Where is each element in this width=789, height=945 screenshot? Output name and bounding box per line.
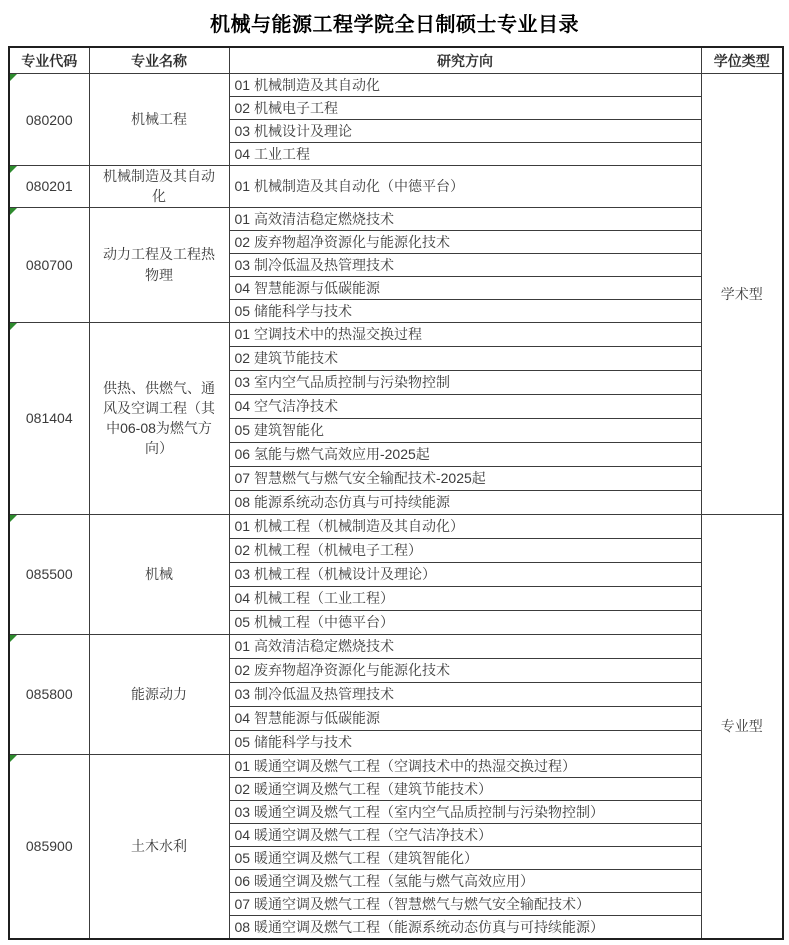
research-direction-cell: 02 机械电子工程 — [229, 97, 701, 120]
table-body: 080200机械工程01 机械制造及其自动化学术型02 机械电子工程03 机械设… — [9, 74, 783, 939]
major-name-cell: 能源动力 — [89, 634, 229, 754]
research-direction-cell: 01 机械工程（机械制造及其自动化） — [229, 514, 701, 538]
cell-error-triangle-icon — [10, 635, 17, 642]
research-direction-cell: 02 建筑节能技术 — [229, 346, 701, 370]
research-direction-cell: 03 制冷低温及热管理技术 — [229, 682, 701, 706]
research-direction-cell: 08 能源系统动态仿真与可持续能源 — [229, 490, 701, 514]
research-direction-cell: 04 暖通空调及燃气工程（空气洁净技术） — [229, 823, 701, 846]
research-direction-cell: 08 暖通空调及燃气工程（能源系统动态仿真与可持续能源） — [229, 915, 701, 939]
table-row: 080200机械工程01 机械制造及其自动化学术型 — [9, 74, 783, 97]
header-degree-type: 学位类型 — [701, 47, 783, 74]
cell-error-triangle-icon — [10, 755, 17, 762]
program-catalog-table: 专业代码 专业名称 研究方向 学位类型 080200机械工程01 机械制造及其自… — [8, 46, 784, 940]
research-direction-cell: 03 机械工程（机械设计及理论） — [229, 562, 701, 586]
major-name-cell: 动力工程及工程热物理 — [89, 207, 229, 322]
header-research-direction: 研究方向 — [229, 47, 701, 74]
major-code-cell: 085900 — [9, 754, 89, 939]
research-direction-cell: 07 智慧燃气与燃气安全输配技术-2025起 — [229, 466, 701, 490]
major-code-cell: 080200 — [9, 74, 89, 166]
table-row: 085900土木水利01 暖通空调及燃气工程（空调技术中的热湿交换过程） — [9, 754, 783, 777]
research-direction-cell: 03 室内空气品质控制与污染物控制 — [229, 370, 701, 394]
header-major-code: 专业代码 — [9, 47, 89, 74]
major-code: 085500 — [26, 566, 73, 582]
research-direction-cell: 01 高效清洁稳定燃烧技术 — [229, 207, 701, 230]
research-direction-cell: 07 暖通空调及燃气工程（智慧燃气与燃气安全输配技术） — [229, 892, 701, 915]
degree-type-cell: 学术型 — [701, 74, 783, 515]
major-code-cell: 080700 — [9, 207, 89, 322]
cell-error-triangle-icon — [10, 166, 17, 173]
cell-error-triangle-icon — [10, 208, 17, 215]
major-name-cell: 机械制造及其自动化 — [89, 166, 229, 208]
research-direction-cell: 01 空调技术中的热湿交换过程 — [229, 322, 701, 346]
research-direction-cell: 04 空气洁净技术 — [229, 394, 701, 418]
table-row: 085800能源动力01 高效清洁稳定燃烧技术 — [9, 634, 783, 658]
major-code: 085900 — [26, 838, 73, 854]
table-row: 080700动力工程及工程热物理01 高效清洁稳定燃烧技术 — [9, 207, 783, 230]
research-direction-cell: 02 机械工程（机械电子工程） — [229, 538, 701, 562]
research-direction-cell: 01 暖通空调及燃气工程（空调技术中的热湿交换过程） — [229, 754, 701, 777]
research-direction-cell: 05 建筑智能化 — [229, 418, 701, 442]
research-direction-cell: 05 机械工程（中德平台） — [229, 610, 701, 634]
research-direction-cell: 05 储能科学与技术 — [229, 730, 701, 754]
major-code: 081404 — [26, 410, 73, 426]
research-direction-cell: 02 废弃物超净资源化与能源化技术 — [229, 230, 701, 253]
major-code: 085800 — [26, 686, 73, 702]
research-direction-cell: 03 制冷低温及热管理技术 — [229, 253, 701, 276]
research-direction-cell: 03 机械设计及理论 — [229, 120, 701, 143]
research-direction-cell: 04 智慧能源与低碳能源 — [229, 276, 701, 299]
cell-error-triangle-icon — [10, 323, 17, 330]
header-row: 专业代码 专业名称 研究方向 学位类型 — [9, 47, 783, 74]
research-direction-cell: 04 工业工程 — [229, 143, 701, 166]
table-row: 085500机械01 机械工程（机械制造及其自动化）专业型 — [9, 514, 783, 538]
major-code-cell: 085800 — [9, 634, 89, 754]
major-code: 080700 — [26, 257, 73, 273]
major-name-cell: 供热、供燃气、通风及空调工程（其中06-08为燃气方向） — [89, 322, 229, 514]
major-code-cell: 080201 — [9, 166, 89, 208]
research-direction-cell: 05 储能科学与技术 — [229, 299, 701, 322]
table-row: 081404供热、供燃气、通风及空调工程（其中06-08为燃气方向）01 空调技… — [9, 322, 783, 346]
major-code: 080201 — [26, 178, 73, 194]
major-code-cell: 081404 — [9, 322, 89, 514]
table-header: 专业代码 专业名称 研究方向 学位类型 — [9, 47, 783, 74]
major-name-cell: 土木水利 — [89, 754, 229, 939]
cell-error-triangle-icon — [10, 515, 17, 522]
research-direction-cell: 06 氢能与燃气高效应用-2025起 — [229, 442, 701, 466]
page: 机械与能源工程学院全日制硕士专业目录 专业代码 专业名称 研究方向 学位类型 0… — [0, 0, 789, 945]
cell-error-triangle-icon — [10, 74, 17, 81]
major-name-cell: 机械 — [89, 514, 229, 634]
header-major-name: 专业名称 — [89, 47, 229, 74]
research-direction-cell: 01 高效清洁稳定燃烧技术 — [229, 634, 701, 658]
major-code-cell: 085500 — [9, 514, 89, 634]
research-direction-cell: 05 暖通空调及燃气工程（建筑智能化） — [229, 846, 701, 869]
research-direction-cell: 02 废弃物超净资源化与能源化技术 — [229, 658, 701, 682]
research-direction-cell: 06 暖通空调及燃气工程（氢能与燃气高效应用） — [229, 869, 701, 892]
table-row: 080201机械制造及其自动化01 机械制造及其自动化（中德平台） — [9, 166, 783, 208]
major-name-cell: 机械工程 — [89, 74, 229, 166]
research-direction-cell: 03 暖通空调及燃气工程（室内空气品质控制与污染物控制） — [229, 800, 701, 823]
major-code: 080200 — [26, 112, 73, 128]
research-direction-cell: 04 机械工程（工业工程） — [229, 586, 701, 610]
research-direction-cell: 01 机械制造及其自动化（中德平台） — [229, 166, 701, 208]
page-title: 机械与能源工程学院全日制硕士专业目录 — [0, 0, 789, 46]
degree-type-cell: 专业型 — [701, 514, 783, 939]
research-direction-cell: 02 暖通空调及燃气工程（建筑节能技术） — [229, 777, 701, 800]
research-direction-cell: 01 机械制造及其自动化 — [229, 74, 701, 97]
research-direction-cell: 04 智慧能源与低碳能源 — [229, 706, 701, 730]
